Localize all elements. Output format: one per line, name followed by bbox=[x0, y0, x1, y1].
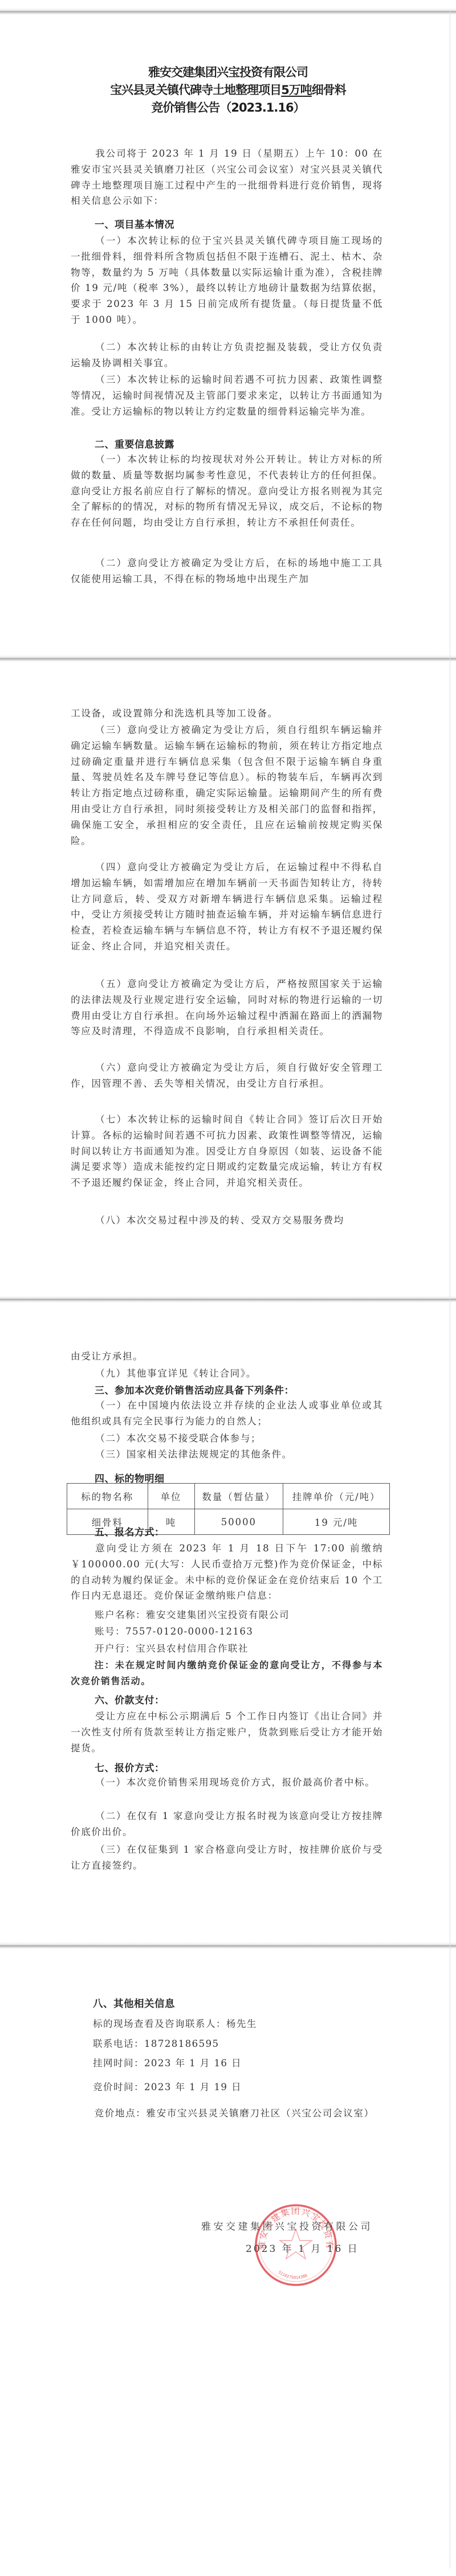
section-2-item-6: （六）意向受让方被确定为受让方后，须自行做好安全管理工作，因管理不善、丢失等相关… bbox=[71, 1060, 383, 1092]
section-2-item-5: （五）意向受让方被确定为受让方后，严格按照国家关于运输的法律法规及行业规定进行安… bbox=[71, 976, 383, 1039]
page-break-2 bbox=[0, 1296, 456, 1303]
section-3-heading: 三、参加本次竞价销售活动应具备下列条件： bbox=[95, 1382, 294, 1396]
account-name: 账户名称：雅安交建集团兴宝投资有限公司 bbox=[95, 1607, 290, 1621]
section-7-item-1: （一）本次竞价销售采用现场竞价方式，报价最高价者中标。 bbox=[71, 1775, 383, 1791]
table-header-cell: 单位 bbox=[148, 1484, 194, 1509]
title-project: 宝兴县灵关镇代碑寺土地整理项目5万吨细骨料 bbox=[0, 81, 456, 99]
section-2-item-8: （八）本次交易过程中涉及的转、受双方交易服务费均 bbox=[71, 1213, 383, 1228]
section-5-body: 意向受让方须在 2023 年 1 月 18 日下午 17:00 前缴纳￥1000… bbox=[71, 1541, 383, 1604]
section-2-item-2-cont: 工设备，或设置筛分和洗选机具等加工设备。 bbox=[71, 706, 383, 722]
section-6-body: 受让方应在中标公示期满后 5 个工作日内签订《出让合同》并一次性支付所有货款至转… bbox=[71, 1709, 383, 1756]
table-header-cell: 数量（暂估量） bbox=[194, 1484, 283, 1509]
account-number: 账号：7557-0120-0000-12163 bbox=[95, 1624, 253, 1637]
bidding-date: 竞价时间：2023 年 1 月 19 日 bbox=[93, 2079, 242, 2093]
intro-paragraph: 我公司将于 2023 年 1 月 19 日（星期五）上午 10：00 在雅安市宝… bbox=[71, 146, 383, 209]
section-2-item-3: （三）意向受让方被确定为受让方后，须自行组织车辆运输并确定运输车辆数量。运输车辆… bbox=[71, 722, 383, 849]
section-2-item-8-cont: 由受让方承担。 bbox=[71, 1349, 383, 1365]
section-7-item-2: （二）在仅有 1 家意向受让方报名时视为该意向受让方按挂牌价底价出价。 bbox=[71, 1808, 383, 1840]
bidding-location: 竞价地点：雅安市宝兴县灵关镇磨刀社区（兴宝公司会议室） bbox=[71, 2101, 383, 2126]
deposit-note: 注：未在规定时间内缴纳竞价保证金的意向受让方，不得参与本次竞价销售活动。 bbox=[71, 1657, 383, 1689]
section-2-item-4: （四）意向受让方被确定为受让方后，在运输过程中不得私自增加运输车辆，如需增加应在… bbox=[71, 859, 383, 955]
svg-text:5118275014388: 5118275014388 bbox=[278, 2270, 308, 2280]
page-top-edge bbox=[0, 8, 456, 15]
section-2-item-9: （九）其他事宜详见《转让合同》。 bbox=[71, 1366, 383, 1382]
section-3-item-1: （一）在中国境内依法设立并存续的企业法人或事业单位或其他组织或具有完全民事行为能… bbox=[71, 1398, 383, 1430]
signature-date: 2023 年 1 月 16 日 bbox=[246, 2241, 359, 2255]
table-cell: 50000 bbox=[194, 1509, 283, 1535]
account-bank: 开户行：宝兴县农村信用合作联社 bbox=[95, 1641, 249, 1654]
section-2-item-2: （二）意向受让方被确定为受让方后，在标的场地中施工工具仅能使用运输工具，不得在标… bbox=[71, 555, 383, 587]
section-7-heading: 七、报价方式： bbox=[95, 1760, 165, 1774]
table-header-cell: 标的物名称 bbox=[67, 1484, 148, 1509]
section-2-item-7: （七）本次转让标的运输时间自《转让合同》签订后次日开始计算。各标的运输时间若遇不… bbox=[71, 1112, 383, 1191]
page-break-3 bbox=[0, 1942, 456, 1949]
section-1-item-2: （二）本次转让标的由转让方负责挖掘及装载，受让方仅负责运输及协调相关事宜。 bbox=[71, 339, 383, 371]
signature-company: 雅安交建集团兴宝投资有限公司 bbox=[201, 2218, 373, 2233]
table-header-row: 标的物名称 单位 数量（暂估量） 挂牌单价（元/吨） bbox=[67, 1484, 390, 1509]
contact-phone: 联系电话：18728186595 bbox=[93, 2036, 219, 2050]
page-break-1 bbox=[0, 655, 456, 662]
table-cell: 19 元/吨 bbox=[283, 1509, 390, 1535]
section-1-item-3: （三）本次转让标的运输时间若遇不可抗力因素、政策性调整等情况，运输时间视情况及主… bbox=[71, 372, 383, 419]
section-1-item-1: （一）本次转让标的位于宝兴县灵关镇代碑寺项目施工现场的一批细骨料，细骨料所含物质… bbox=[71, 233, 383, 328]
title-company: 雅安交建集团兴宝投资有限公司 bbox=[0, 64, 456, 81]
page-right-border bbox=[450, 11, 450, 2569]
table-header-cell: 挂牌单价（元/吨） bbox=[283, 1484, 390, 1509]
title-quantity: 5万吨 bbox=[281, 83, 312, 97]
title-notice: 竞价销售公告（2023.1.16） bbox=[0, 99, 456, 117]
section-2-heading: 二、重要信息披露 bbox=[95, 436, 174, 451]
document-title: 雅安交建集团兴宝投资有限公司 宝兴县灵关镇代碑寺土地整理项目5万吨细骨料 竞价销… bbox=[0, 64, 456, 117]
section-5-heading: 五、报名方式： bbox=[95, 1524, 165, 1538]
section-3-item-3: （三）国家相关法律法规规定的其他条件。 bbox=[71, 1447, 383, 1463]
section-8-heading: 八、其他相关信息 bbox=[93, 1996, 175, 2010]
contact-person: 标的现场查看及咨询联系人：杨先生 bbox=[93, 2016, 257, 2030]
section-6-heading: 六、价款支付： bbox=[95, 1692, 165, 1706]
posting-date: 挂网时间：2023 年 1 月 16 日 bbox=[93, 2055, 242, 2069]
section-2-item-1: （一）本次转让标的均按现状对外公开转让。转让方对标的所做的数量、质量等数据均属参… bbox=[71, 452, 383, 531]
section-3-item-2: （二）本次交易不接受联合体参与； bbox=[71, 1431, 383, 1447]
section-7-item-3: （三）在仅征集到 1 家合格意向受让方时，按挂牌价底价与受让方直接签约。 bbox=[71, 1842, 383, 1874]
section-1-heading: 一、项目基本情况 bbox=[95, 216, 174, 231]
